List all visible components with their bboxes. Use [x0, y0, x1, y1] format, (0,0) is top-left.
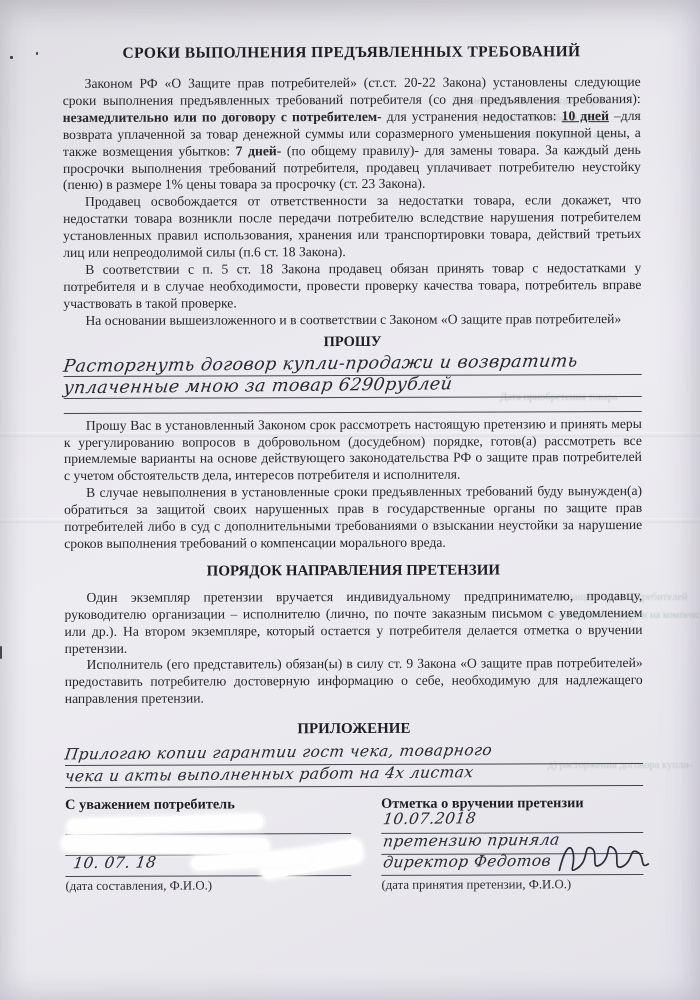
director-signature-scribble — [555, 840, 651, 878]
paragraph-quality-check: В соответствии с п. 5 ст. 18 Закона прод… — [63, 260, 641, 313]
paragraph-executor-info: Исполнитель (его представитель) обязан(ы… — [65, 655, 643, 708]
director-signature-line: директор Федотов — [381, 854, 643, 876]
handwritten-date: 10. 07. 18 — [72, 854, 157, 873]
bold-7-days: 7 дней- — [236, 143, 282, 158]
handwritten-acceptance-date: 10.07.2018 — [382, 809, 477, 828]
consumer-name-line — [65, 813, 351, 835]
handwritten-director-name: директор Федотов — [382, 852, 552, 872]
whiteout-redaction — [61, 835, 269, 854]
signature-block: С уважением потребитель 10. 07. 18 (дата… — [65, 795, 643, 907]
scan-speck — [10, 56, 13, 59]
acceptance-date-caption: (дата принятия претензии, Ф.И.О.) — [381, 877, 643, 893]
handwritten-attachment-line-1: Прилогаю копии гарантии гост чека, товар… — [65, 742, 643, 766]
document-title: СРОКИ ВЫПОЛНЕНИЯ ПРЕДЪЯВЛЕННЫХ ТРЕБОВАНИ… — [62, 43, 640, 63]
handwritten-claim-received: претензию приняла — [382, 831, 561, 851]
handwritten-request-line-1: Расторгнуть договор купли-продажи и возв… — [64, 353, 642, 377]
acceptance-column: Отметка о вручении претензии 10.07.2018 … — [381, 795, 643, 906]
paragraph-text: Законом РФ «О Защите прав потребителей» … — [63, 74, 641, 108]
consumer-date-caption: (дата составления, Ф.И.О.) — [65, 878, 351, 894]
heading-request: ПРОШУ — [64, 333, 642, 352]
consumer-date-line: 10. 07. 18 — [65, 855, 351, 877]
blank-ruled-line — [64, 397, 642, 414]
paragraph-seller-liability: Продавец освобождается от ответственност… — [63, 192, 641, 262]
paragraph-settlement: Прошу Вас в установленный Законом срок р… — [64, 416, 642, 486]
consumer-signature-column: С уважением потребитель 10. 07. 18 (дата… — [65, 796, 351, 907]
handwriting: Прилогаю копии гарантии гост чека, товар… — [64, 741, 494, 763]
paragraph-text: для устранения недостатков: — [382, 108, 562, 124]
bold-immediately-clause: незамедлительно или по договору с потреб… — [63, 109, 382, 125]
heading-attachment: ПРИЛОЖЕНИЕ — [65, 720, 643, 739]
document-body: СРОКИ ВЫПОЛНЕНИЯ ПРЕДЪЯВЛЕННЫХ ТРЕБОВАНИ… — [62, 43, 643, 907]
paragraph-basis: На основании вышеизложенного и в соответ… — [63, 311, 641, 330]
handwriting: Расторгнуть договор купли-продажи и возв… — [62, 351, 579, 376]
whiteout-redaction — [67, 814, 263, 835]
paragraph-noncompliance: В случае невыполнения в установленные ср… — [64, 483, 642, 553]
scanned-claim-document: Наименование организации, адрес руководи… — [0, 0, 700, 1000]
handwriting: уплаченные мною за товар 6290рублей — [62, 374, 453, 398]
scan-speck — [0, 646, 2, 659]
handwritten-request-line-2: уплаченные мною за товар 6290рублей — [64, 375, 642, 399]
paragraph-copy-delivery: Один экземпляр претензии вручается индив… — [64, 588, 642, 658]
scan-speck — [36, 52, 38, 55]
consumer-respect-label: С уважением потребитель — [65, 796, 351, 814]
handwriting: чека и акты выполненных работ на 4х лист… — [64, 763, 475, 785]
heading-delivery-procedure: ПОРЯДОК НАПРАВЛЕНИЯ ПРЕТЕНЗИИ — [64, 562, 642, 581]
handwritten-attachment-line-2: чека и акты выполненных работ на 4х лист… — [65, 764, 643, 788]
paragraph-terms: Законом РФ «О Защите прав потребителей» … — [63, 74, 641, 194]
bold-10-days: 10 дней — [562, 108, 609, 123]
